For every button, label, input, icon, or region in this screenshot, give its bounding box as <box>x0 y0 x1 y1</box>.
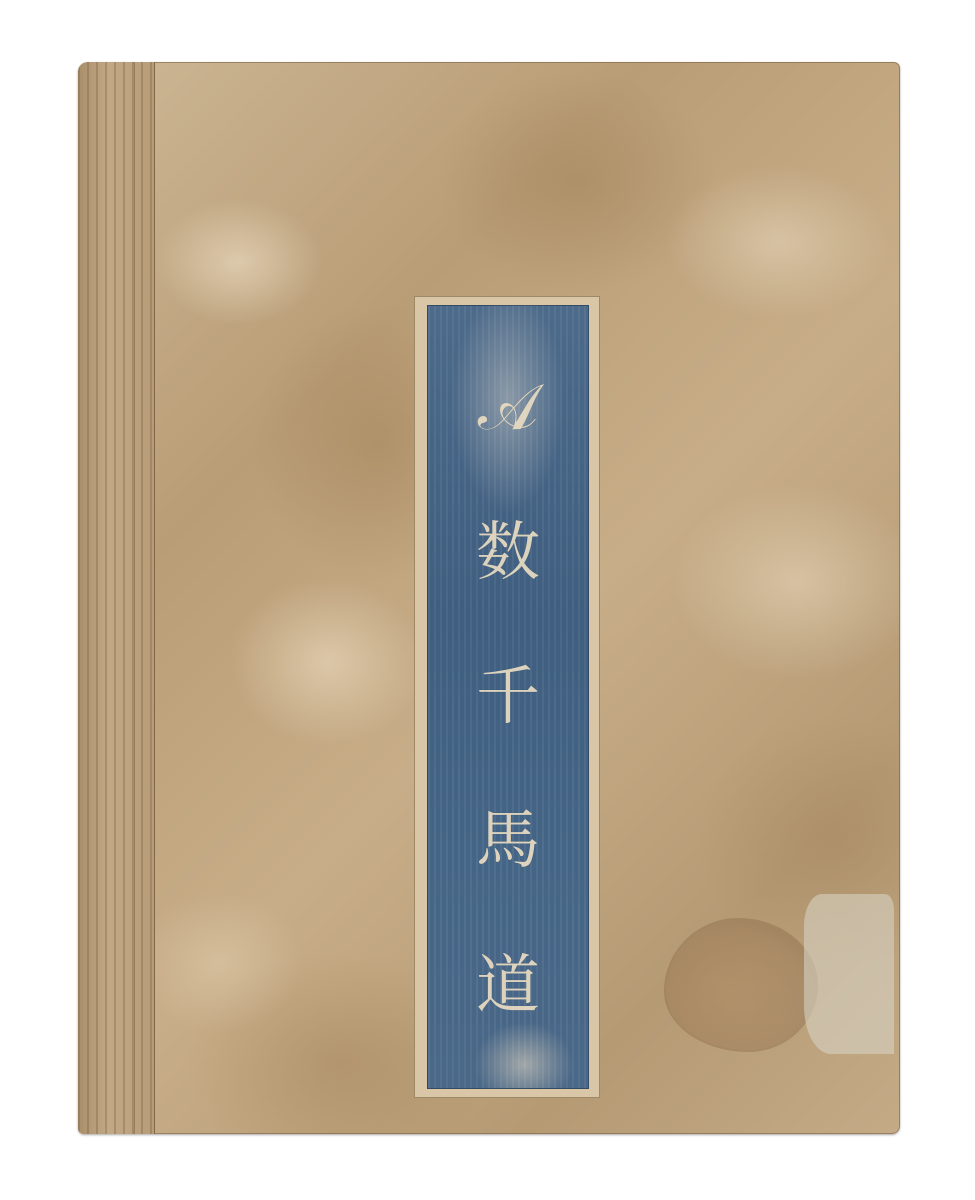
title-glyph-4: 馬 <box>476 809 540 873</box>
water-stain <box>666 920 816 1050</box>
title-glyph-3: 千 <box>476 665 540 729</box>
spine-fold-line <box>134 62 135 1134</box>
title-glyph-2: 数 <box>476 521 540 585</box>
book-spine-binding <box>78 62 155 1134</box>
title-slip-blue-panel: 𝒜 数 千 馬 道 <box>427 305 589 1089</box>
worn-corner <box>804 894 894 1054</box>
title-slip: 𝒜 数 千 馬 道 <box>414 296 600 1098</box>
book-cover: 𝒜 数 千 馬 道 <box>78 62 900 1134</box>
title-glyph-5: 道 <box>476 954 540 1018</box>
title-glyph-1: 𝒜 <box>478 376 539 440</box>
